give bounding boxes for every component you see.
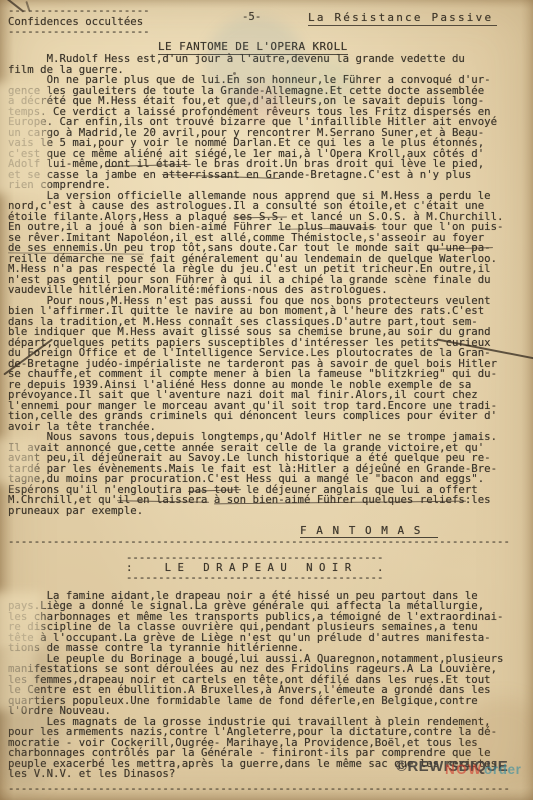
journal-title: La Résistance Passive — [308, 11, 497, 26]
ink-speck — [233, 72, 236, 75]
scan-fade — [0, 438, 38, 484]
article-drapeau-text: La famine aidant,le drapeau noir a été h… — [8, 591, 522, 780]
dashed-rule: ----------------------------------------… — [8, 784, 522, 795]
scan-fade — [0, 82, 46, 194]
scan-fade — [0, 648, 34, 710]
paper-stain — [288, 58, 358, 106]
signature-row: F A N T O M A S — [300, 519, 522, 533]
article-title-drapeau: ----------------------------------------… — [126, 553, 522, 584]
watermark-overlay-teal: order — [484, 762, 522, 777]
scan-fade — [0, 592, 42, 650]
scanned-newspaper-page: ---------------------- Confidences occul… — [0, 0, 533, 800]
watermark-overlay-red: NOW — [445, 762, 483, 777]
paper-stain — [238, 86, 286, 124]
page-body: M.Rudolf Hess est,d'un jour à l'autre,de… — [8, 54, 522, 794]
dashed-rule: ---------------------- — [8, 27, 150, 37]
dashed-rule: ----------------------------------------… — [8, 537, 522, 548]
watermark: ©REWISBIQUE NOW order — [396, 758, 508, 776]
